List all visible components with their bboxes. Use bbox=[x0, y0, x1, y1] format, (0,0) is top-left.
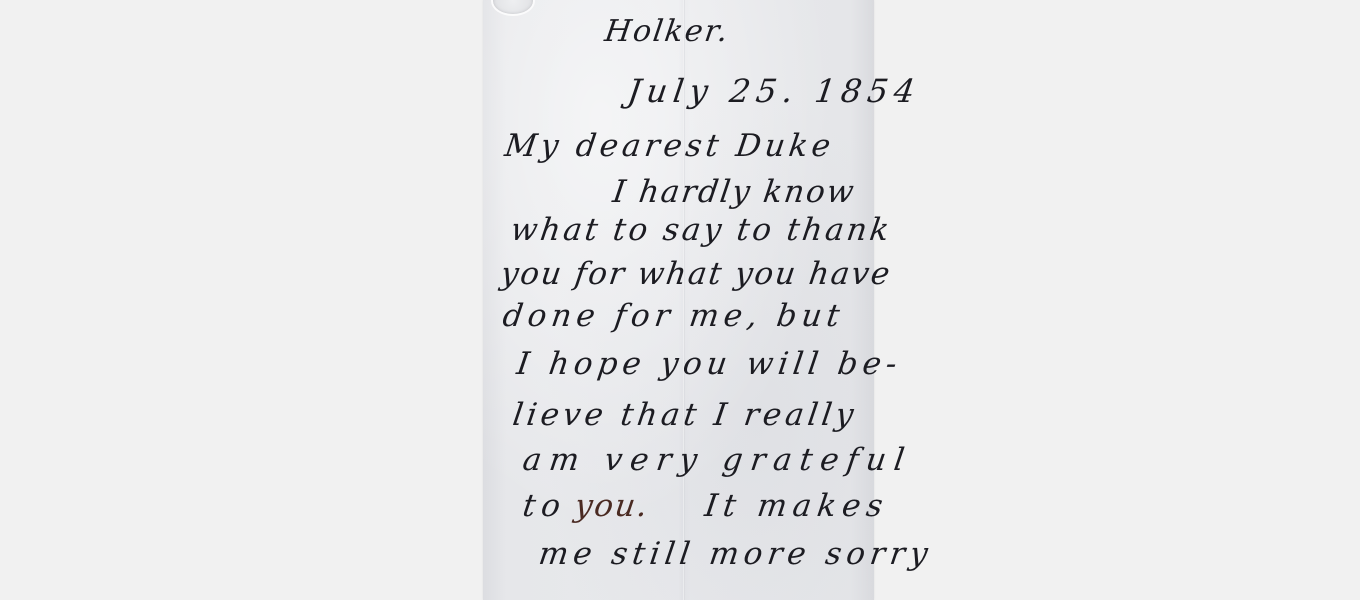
letter-line-4: done for me, but bbox=[500, 298, 846, 334]
letter-line-2: what to say to thank bbox=[508, 212, 894, 248]
letter-place: Holker. bbox=[603, 14, 732, 49]
embossed-seal-icon bbox=[491, 0, 535, 16]
letter-line-8c: It makes bbox=[702, 488, 891, 524]
letter-line-8b: you. bbox=[572, 488, 651, 524]
letter-line-3: you for what you have bbox=[498, 256, 893, 292]
letter-paper: Holker. July 25. 1854 My dearest Duke I … bbox=[483, 0, 874, 600]
letter-line-8a: to bbox=[520, 488, 568, 524]
letter-salutation: My dearest Duke bbox=[502, 128, 836, 164]
letter-line-6: lieve that I really bbox=[510, 397, 859, 433]
letter-line-1: I hardly know bbox=[610, 174, 858, 210]
page-background: Holker. July 25. 1854 My dearest Duke I … bbox=[0, 0, 1360, 600]
letter-line-9: me still more sorry bbox=[536, 536, 934, 572]
letter-line-7: am very grateful bbox=[520, 442, 914, 478]
letter-date: July 25. 1854 bbox=[625, 72, 923, 110]
letter-line-5: I hope you will be- bbox=[514, 346, 904, 382]
